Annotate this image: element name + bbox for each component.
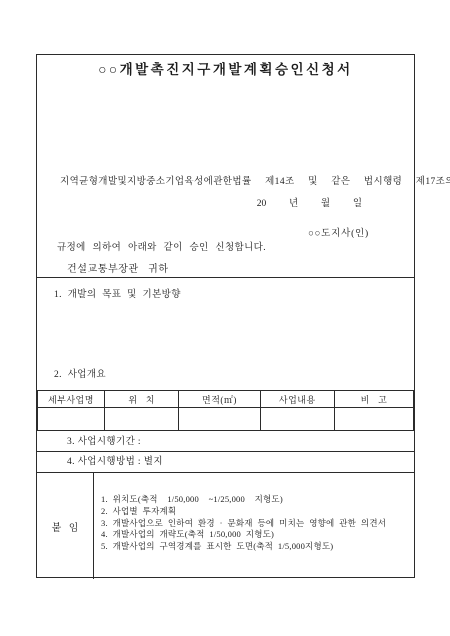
- project-overview-table: 세부사업명 위 치 면적(㎡) 사업내용 비 고: [37, 390, 414, 431]
- table-header-area: 면적(㎡): [179, 391, 260, 408]
- table-cell-remarks: [335, 408, 414, 431]
- header-divider: [36, 277, 415, 278]
- table-cell-area: [179, 408, 260, 431]
- table-header-remarks: 비 고: [335, 391, 414, 408]
- section-3-heading: 3. 사업시행기간 :: [37, 433, 414, 452]
- section-4-heading: 4. 사업시행방법 : 별지: [37, 452, 414, 473]
- attachment-label: 붙 임: [37, 473, 94, 579]
- date-line: 20 년 월 일: [257, 195, 362, 209]
- page-title: ○○개발촉진지구개발계획승인신청서: [37, 58, 414, 78]
- attachment-item-3: 3. 개발사업으로 인하여 환경 · 문화재 등에 미치는 영향에 관한 의견서: [101, 518, 410, 530]
- attachment-item-2: 2. 사업별 투자계획: [101, 506, 410, 518]
- table-header-location: 위 치: [104, 391, 178, 408]
- table-cell-location: [104, 408, 178, 431]
- section-2-heading: 2. 사업개요: [54, 366, 106, 380]
- table-cell-project-name: [38, 408, 105, 431]
- statement-line-1: 지역균형개발및지방중소기업육성에관한법률 제14조 및 같은 법시행령 제17조…: [57, 171, 406, 193]
- table-header-row: 세부사업명 위 치 면적(㎡) 사업내용 비 고: [38, 391, 414, 408]
- table-header-project-name: 세부사업명: [38, 391, 105, 408]
- table-cell-contents: [260, 408, 334, 431]
- attachment-section: 붙 임 1. 위치도(축적 1/50,000 ~1/25,000 지형도) 2.…: [37, 473, 414, 579]
- attachment-item-5: 5. 개발사업의 구역경계를 표시한 도면(축적 1/5,000지형도): [101, 541, 410, 553]
- section-1-heading: 1. 개발의 목표 및 기본방향: [54, 286, 181, 300]
- table-row: [38, 408, 414, 431]
- attachment-item-1: 1. 위치도(축적 1/50,000 ~1/25,000 지형도): [101, 494, 410, 506]
- applicant-signature: ○○도지사(인): [308, 225, 369, 239]
- attachment-list: 1. 위치도(축적 1/50,000 ~1/25,000 지형도) 2. 사업별…: [101, 494, 410, 553]
- application-form-box: ○○개발촉진지구개발계획승인신청서 지역균형개발및지방중소기업육성에관한법률 제…: [36, 54, 415, 578]
- document-page: ○○개발촉진지구개발계획승인신청서 지역균형개발및지방중소기업육성에관한법률 제…: [0, 0, 450, 636]
- table-header-contents: 사업내용: [260, 391, 334, 408]
- recipient-line: 건설교통부장관 귀하: [67, 260, 169, 275]
- statement-line-2: 규정에 의하여 아래와 같이 승인 신청합니다.: [57, 237, 406, 259]
- attachment-item-4: 4. 개발사업의 개략도(축적 1/50,000 지형도): [101, 529, 410, 541]
